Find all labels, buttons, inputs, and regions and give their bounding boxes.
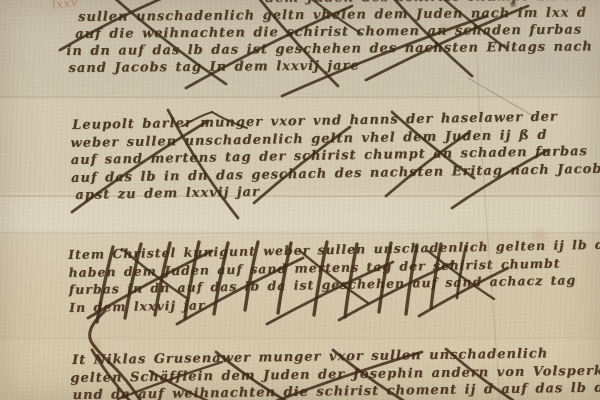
manuscript-line: sand Jacobs tag In dem lxxvij jare <box>68 55 593 77</box>
fold-crease-horizontal <box>0 338 600 339</box>
entry-block-2: Leupolt barler munger vxor vnd hanns der… <box>70 108 600 205</box>
fold-crease-horizontal <box>0 233 600 234</box>
fold-crease-horizontal <box>0 97 600 98</box>
entry-block-4: It Niklas Grusenawer munger vxor sullen … <box>72 344 600 400</box>
manuscript-page: lxxv dem Juden des schirist chumpt an sc… <box>0 0 600 400</box>
entry-block-3: Item Christel kunigunt weber sullen unsc… <box>68 236 600 316</box>
entry-block-1: sullen unschadenlich geltn vhelen dem Ju… <box>66 4 593 77</box>
